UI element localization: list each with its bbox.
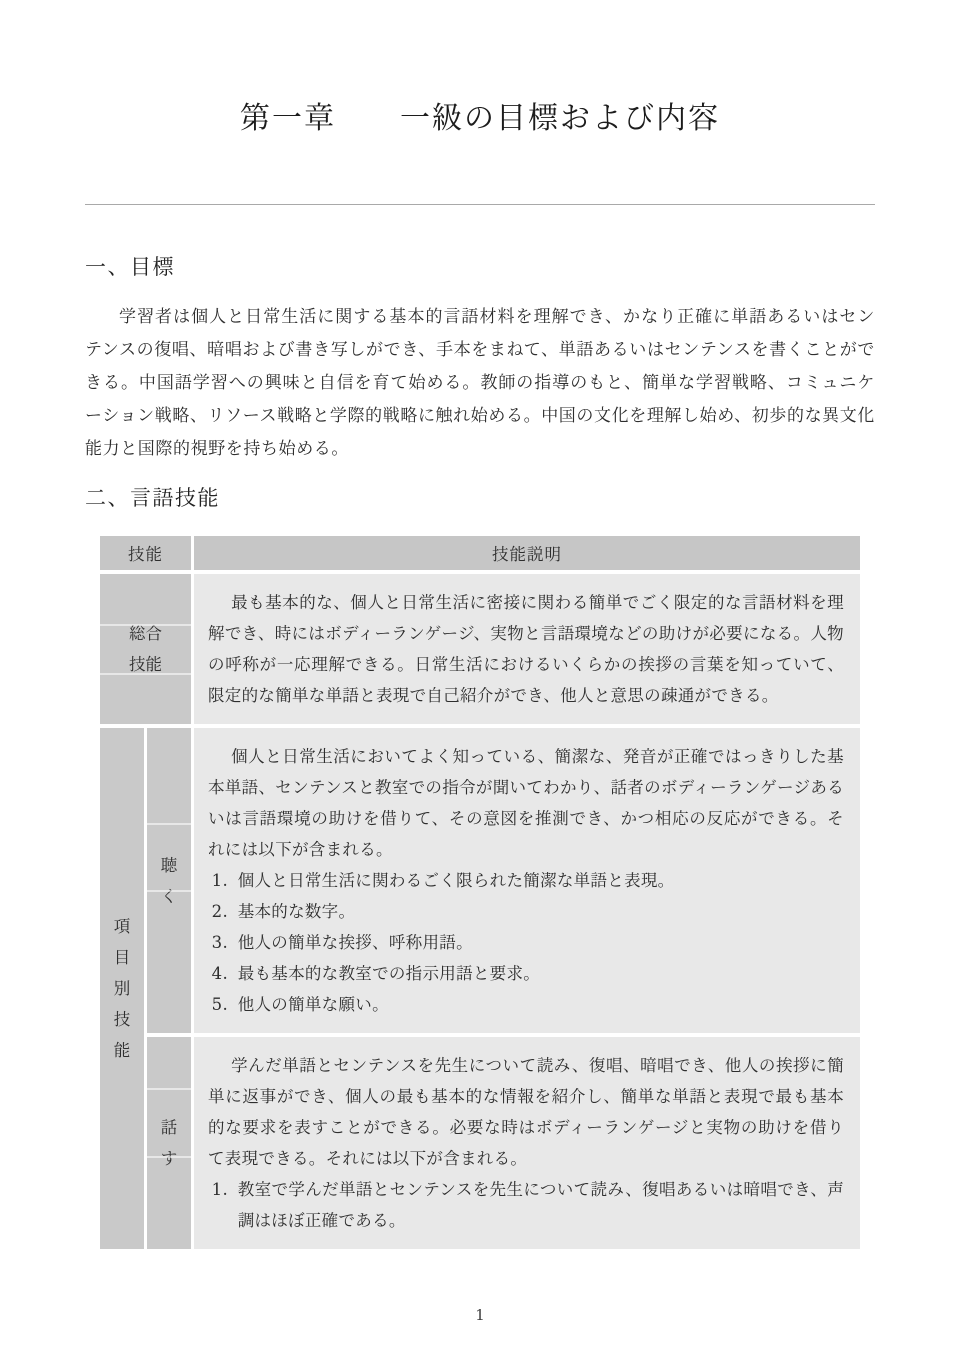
language-skills-table: 技能 技能説明 総合技能 最も基本的な、個人と日常生活に密接に関わる簡単でごく限… [97,532,863,1253]
speaking-items-list: 教室で学んだ単語とセンテンスを先生について読み、復唱あるいは暗唱でき、声調はほぼ… [208,1174,844,1236]
title-divider-line [85,204,875,205]
list-item: 他人の簡単な願い。 [234,989,844,1020]
goals-paragraph: 学習者は個人と日常生活に関する基本的言語材料を理解でき、かなり正確に単語あるいは… [85,301,875,466]
cell-divider [147,823,191,825]
cell-paragraph: 学んだ単語とセンテンスを先生について読み、復唱、暗唱でき、他人の挨拶に簡単に返事… [208,1050,844,1174]
list-item: 個人と日常生活に関わるごく限られた簡潔な単語と表現。 [234,865,844,896]
page-content: 第一章 一級の目標および内容 一、目標 学習者は個人と日常生活に関する基本的言語… [0,0,960,1253]
list-item: 基本的な数字。 [234,896,844,927]
label-cell-speaking: 話す [147,1037,191,1249]
cell-paragraph: 個人と日常生活においてよく知っている、簡潔な、発音が正確ではっきりした基本単語、… [208,741,844,865]
table-row: 項目別技能 聴く 個人と日常生活においてよく知っている、簡潔な、発音が正確ではっ… [100,728,860,1033]
list-item: 最も基本的な教室での指示用語と要求。 [234,958,844,989]
page-number: 1 [0,1306,960,1324]
label-cell-general-skill: 総合技能 [100,574,191,724]
label-cell-itemized-skill: 項目別技能 [100,728,144,1249]
list-item: 他人の簡単な挨拶、呼称用語。 [234,927,844,958]
description-cell-listening: 個人と日常生活においてよく知っている、簡潔な、発音が正確ではっきりした基本単語、… [194,728,860,1033]
cell-paragraph: 最も基本的な、個人と日常生活に密接に関わる簡単でごく限定的な言語材料を理解でき、… [208,587,844,711]
table-row: 話す 学んだ単語とセンテンスを先生について読み、復唱、暗唱でき、他人の挨拶に簡単… [100,1037,860,1249]
label-cell-listening: 聴く [147,728,191,1033]
description-cell-speaking: 学んだ単語とセンテンスを先生について読み、復唱、暗唱でき、他人の挨拶に簡単に返事… [194,1037,860,1249]
listening-items-list: 個人と日常生活に関わるごく限られた簡潔な単語と表現。基本的な数字。他人の簡単な挨… [208,865,844,1020]
header-cell-skill: 技能 [100,536,191,570]
list-item: 教室で学んだ単語とセンテンスを先生について読み、復唱あるいは暗唱でき、声調はほぼ… [234,1174,844,1236]
description-cell-general-skill: 最も基本的な、個人と日常生活に密接に関わる簡単でごく限定的な言語材料を理解でき、… [194,574,860,724]
table-header-row: 技能 技能説明 [100,536,860,570]
chapter-title: 第一章 一級の目標および内容 [85,0,875,142]
header-cell-description: 技能説明 [194,536,860,570]
cell-divider [147,1088,191,1090]
section-heading-goals: 一、目標 [85,251,875,281]
table-row: 総合技能 最も基本的な、個人と日常生活に密接に関わる簡単でごく限定的な言語材料を… [100,574,860,724]
document-page: 第一章 一級の目標および内容 一、目標 学習者は個人と日常生活に関する基本的言語… [0,0,960,1358]
section-heading-skills: 二、言語技能 [85,482,875,512]
